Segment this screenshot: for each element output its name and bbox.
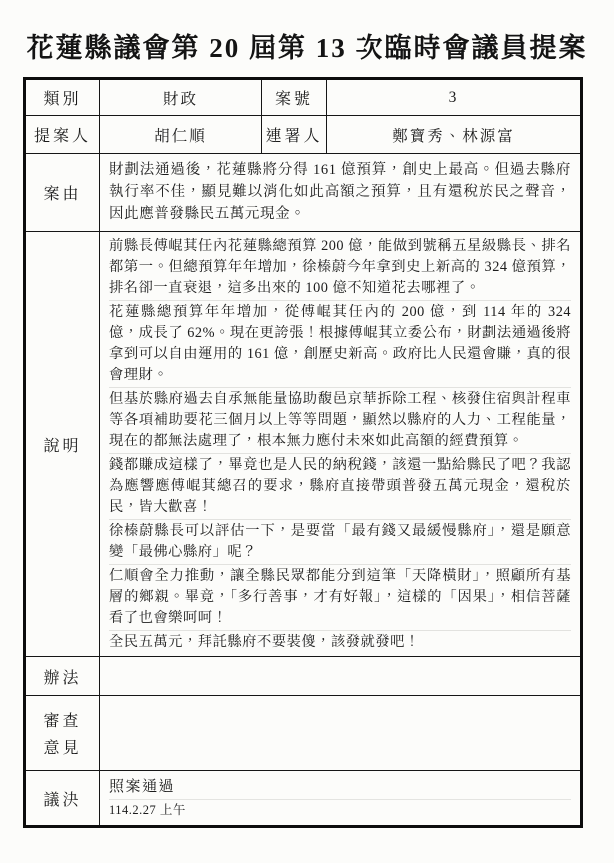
resolution-date: 114.2.27 上午: [109, 800, 571, 820]
review-label-line1: 審查: [43, 708, 81, 731]
case-reason-label: 案由: [25, 154, 100, 232]
cosigner-value: 鄭寶秀、林源富: [327, 116, 582, 154]
category-row: 類別 財政 案號 3: [25, 79, 582, 116]
method-label: 辦法: [25, 657, 100, 696]
review-row: 審查 意見: [25, 696, 582, 771]
case-reason-text: 財劃法通過後，花蓮縣將分得 161 億預算，創史上最高。但過去縣府執行率不佳，顯…: [100, 154, 582, 232]
proposer-row: 提案人 胡仁順 連署人 鄭寶秀、林源富: [25, 116, 582, 154]
category-label: 類別: [25, 79, 100, 116]
method-text: [100, 657, 582, 696]
explanation-paragraph: 錢都賺成這樣了，畢竟也是人民的納稅錢，該還一點給縣民了吧？我認為應響應傅崐萁總召…: [109, 454, 571, 520]
explanation-paragraph: 仁順會全力推動，讓全縣民眾都能分到這筆「天降橫財」，照顧所有基層的鄉親。畢竟，「…: [109, 565, 571, 631]
explanation-paragraph: 花蓮縣總預算年年增加，從傅崐萁任內的 200 億，到 114 年的 324 億，…: [109, 301, 571, 388]
case-number-value: 3: [327, 79, 582, 116]
proposer-label: 提案人: [25, 116, 100, 154]
resolution-row: 議決 照案通過 114.2.27 上午: [25, 771, 582, 827]
category-value: 財政: [100, 79, 262, 116]
resolution-cell: 照案通過 114.2.27 上午: [100, 771, 582, 827]
explanation-paragraph: 前縣長傅崐萁任內花蓮縣總預算 200 億，能做到號稱五星級縣長、排名都第一。但總…: [109, 235, 571, 301]
review-text: [100, 696, 582, 771]
case-reason-row: 案由 財劃法通過後，花蓮縣將分得 161 億預算，創史上最高。但過去縣府執行率不…: [25, 154, 582, 232]
explanation-paragraph: 徐榛蔚縣長可以評估一下，是要當「最有錢又最緩慢縣府」，還是願意變「最佛心縣府」呢…: [109, 520, 571, 565]
explanation-row: 說明 前縣長傅崐萁任內花蓮縣總預算 200 億，能做到號稱五星級縣長、排名都第一…: [25, 232, 582, 657]
proposal-table: 類別 財政 案號 3 提案人 胡仁順 連署人 鄭寶秀、林源富 案由 財劃法通過後…: [23, 77, 583, 828]
review-label: 審查 意見: [25, 696, 100, 771]
resolution-label: 議決: [25, 771, 100, 827]
document-title: 花蓮縣議會第 20 屆第 13 次臨時會議員提案: [0, 26, 614, 65]
explanation-paragraph: 但基於縣府過去自承無能量協助馥邑京華拆除工程、核發住宿與計程車等各項補助要花三個…: [109, 388, 571, 454]
explanation-paragraph: 全民五萬元，拜託縣府不要裝傻，該發就發吧！: [109, 631, 571, 654]
explanation-label: 說明: [25, 232, 100, 657]
review-label-line2: 意見: [43, 735, 81, 758]
proposer-value: 胡仁順: [100, 116, 262, 154]
scanned-proposal-document: { "page": { "title": "花蓮縣議會第 20 屆第 13 次臨…: [0, 0, 614, 863]
explanation-text: 前縣長傅崐萁任內花蓮縣總預算 200 億，能做到號稱五星級縣長、排名都第一。但總…: [100, 232, 582, 657]
resolution-text: 照案通過: [109, 775, 571, 800]
cosigner-label: 連署人: [262, 116, 327, 154]
method-row: 辦法: [25, 657, 582, 696]
case-number-label: 案號: [262, 79, 327, 116]
